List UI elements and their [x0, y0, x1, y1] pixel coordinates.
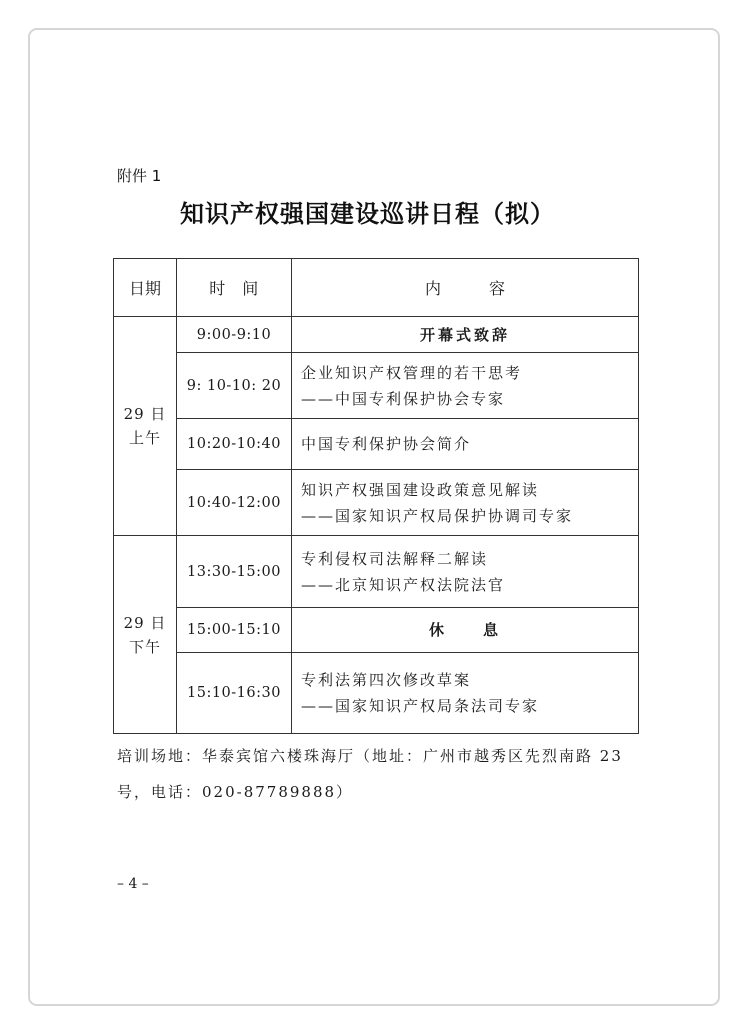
table-row: 10:20-10:40 中国专利保护协会简介 [114, 419, 639, 470]
schedule-table: 日期 时 间 内 容 29 日 上午 9:00-9:10 开幕式致辞 9: 10… [113, 258, 639, 734]
table-row: 15:00-15:10 休 息 [114, 608, 639, 653]
content-cell: 中国专利保护协会简介 [292, 419, 639, 470]
header-date: 日期 [114, 259, 177, 317]
table-header-row: 日期 时 间 内 容 [114, 259, 639, 317]
content-cell: 开幕式致辞 [292, 317, 639, 353]
time-cell: 9: 10-10: 20 [177, 353, 292, 419]
venue-note: 培训场地：华泰宾馆六楼珠海厅（地址：广州市越秀区先烈南路 23 号，电话：020… [117, 738, 647, 810]
content-cell: 专利侵权司法解释二解读 ——北京知识产权法院法官 [292, 536, 639, 608]
attachment-label: 附件 1 [117, 165, 161, 186]
time-cell: 9:00-9:10 [177, 317, 292, 353]
time-cell: 10:40-12:00 [177, 470, 292, 536]
content-cell: 知识产权强国建设政策意见解读 ——国家知识产权局保护协调司专家 [292, 470, 639, 536]
content-cell: 企业知识产权管理的若干思考 ——中国专利保护协会专家 [292, 353, 639, 419]
header-content: 内 容 [292, 259, 639, 317]
table-row: 9: 10-10: 20 企业知识产权管理的若干思考 ——中国专利保护协会专家 [114, 353, 639, 419]
header-time: 时 间 [177, 259, 292, 317]
time-cell: 10:20-10:40 [177, 419, 292, 470]
content-cell: 专利法第四次修改草案 ——国家知识产权局条法司专家 [292, 653, 639, 734]
time-cell: 15:00-15:10 [177, 608, 292, 653]
time-cell: 15:10-16:30 [177, 653, 292, 734]
page-number: – 4 – [117, 876, 149, 892]
content-cell: 休 息 [292, 608, 639, 653]
table-row: 29 日 上午 9:00-9:10 开幕式致辞 [114, 317, 639, 353]
table-row: 10:40-12:00 知识产权强国建设政策意见解读 ——国家知识产权局保护协调… [114, 470, 639, 536]
date-cell-morning: 29 日 上午 [114, 317, 177, 536]
date-cell-afternoon: 29 日 下午 [114, 536, 177, 734]
table-row: 29 日 下午 13:30-15:00 专利侵权司法解释二解读 ——北京知识产权… [114, 536, 639, 608]
document-title: 知识产权强国建设巡讲日程（拟） [180, 194, 555, 229]
table-row: 15:10-16:30 专利法第四次修改草案 ——国家知识产权局条法司专家 [114, 653, 639, 734]
time-cell: 13:30-15:00 [177, 536, 292, 608]
